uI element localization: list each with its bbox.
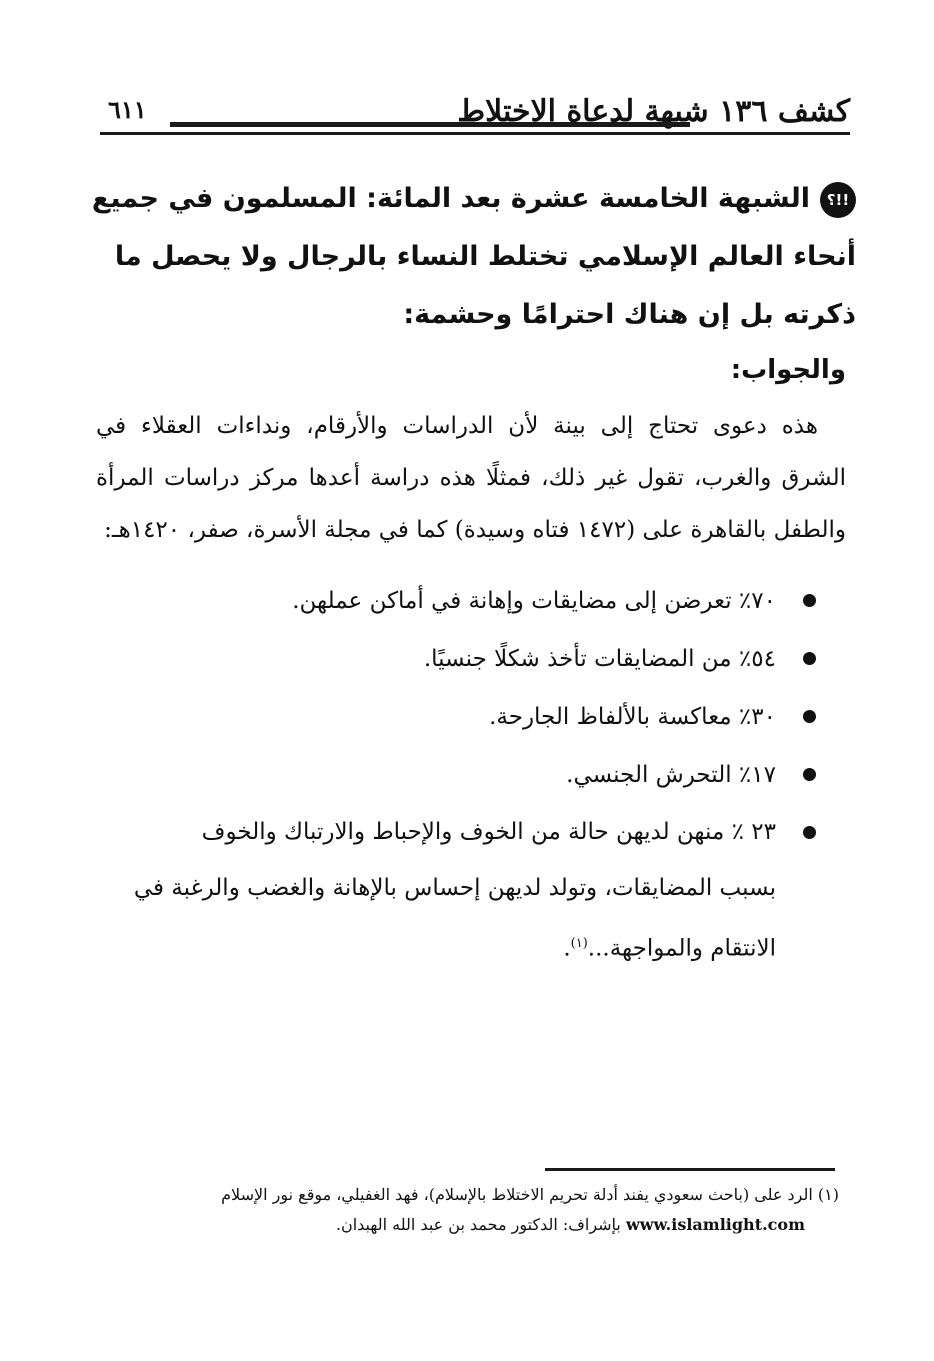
period: . [563,936,570,962]
answer-label: والجواب: [731,350,846,390]
bullet-icon [803,652,816,665]
list-item-text: ٣٠٪ معاكسة بالألفاظ الجارحة. [96,688,776,746]
bullet-icon [803,826,816,839]
heading-line-2: أنحاء العالم الإسلامي تختلط النساء بالرج… [116,228,856,286]
body-line: والطفل بالقاهرة على (١٤٧٢ فتاه وسيدة) كم… [96,504,846,556]
list-item-text: بسبب المضايقات، وتولد لديهن إحساس بالإها… [96,860,776,916]
header-rule-thick [170,122,690,127]
list-item-text: ٥٤٪ من المضايقات تأخذ شكلًا جنسيًا. [96,630,776,688]
footnote-line-2: www.islamlight.com بإشراف: الدكتور محمد … [92,1210,839,1240]
footnote-separator [545,1168,835,1171]
bullet-icon [803,594,816,607]
list-item-text-last: الانتقام والمواجهة...(١). [96,916,776,977]
list-item-text: ٧٠٪ تعرضن إلى مضايقات وإهانة في أماكن عم… [96,572,776,630]
body-paragraph: هذه دعوى تحتاج إلى بينة لأن الدراسات وال… [96,400,846,556]
footnote-reference[interactable]: (١) [571,936,588,951]
bullet-icon [803,710,816,723]
list-item-text: ١٧٪ التحرش الجنسي. [96,746,776,804]
heading-line-3: ذكرته بل إن هناك احترامًا وحشمة: [116,286,856,344]
footnote-line-1: (١) الرد على (باحث سعودي يفند أدلة تحريم… [92,1180,839,1210]
body-line: الشرق والغرب، تقول غير ذلك، فمثلًا هذه د… [96,452,846,504]
footnote-url[interactable]: www.islamlight.com [626,1215,805,1234]
statistics-list: ٧٠٪ تعرضن إلى مضايقات وإهانة في أماكن عم… [96,572,816,977]
exclamation-question-circle-icon: !!؟ [820,182,856,218]
page-number: ٦١١ [108,94,147,126]
list-item: ٥٤٪ من المضايقات تأخذ شكلًا جنسيًا. [96,630,816,688]
list-item: ١٧٪ التحرش الجنسي. [96,746,816,804]
section-heading: !!؟الشبهة الخامسة عشرة بعد المائة: المسل… [116,170,856,344]
list-item-text: الانتقام والمواجهة... [588,936,776,962]
list-item: ٢٣ ٪ منهن لديهن حالة من الخوف والإحباط و… [96,804,816,977]
book-page: كشف ١٣٦ شبهة لدعاة الاختلاط ٦١١ !!؟الشبه… [0,0,934,1361]
heading-text: الشبهة الخامسة عشرة بعد المائة: المسلمون… [92,183,810,214]
running-header: كشف ١٣٦ شبهة لدعاة الاختلاط ٦١١ [100,92,850,140]
header-rule-thin [100,132,850,135]
body-line: هذه دعوى تحتاج إلى بينة لأن الدراسات وال… [96,400,846,452]
list-item: ٧٠٪ تعرضن إلى مضايقات وإهانة في أماكن عم… [96,572,816,630]
bullet-icon [803,768,816,781]
footnotes: (١) الرد على (باحث سعودي يفند أدلة تحريم… [92,1180,839,1240]
heading-line-1: !!؟الشبهة الخامسة عشرة بعد المائة: المسل… [116,170,856,228]
footnote-text: بإشراف: الدكتور محمد بن عبد الله الهبدان… [336,1215,626,1234]
list-item: ٣٠٪ معاكسة بالألفاظ الجارحة. [96,688,816,746]
list-item-text: ٢٣ ٪ منهن لديهن حالة من الخوف والإحباط و… [96,804,776,860]
